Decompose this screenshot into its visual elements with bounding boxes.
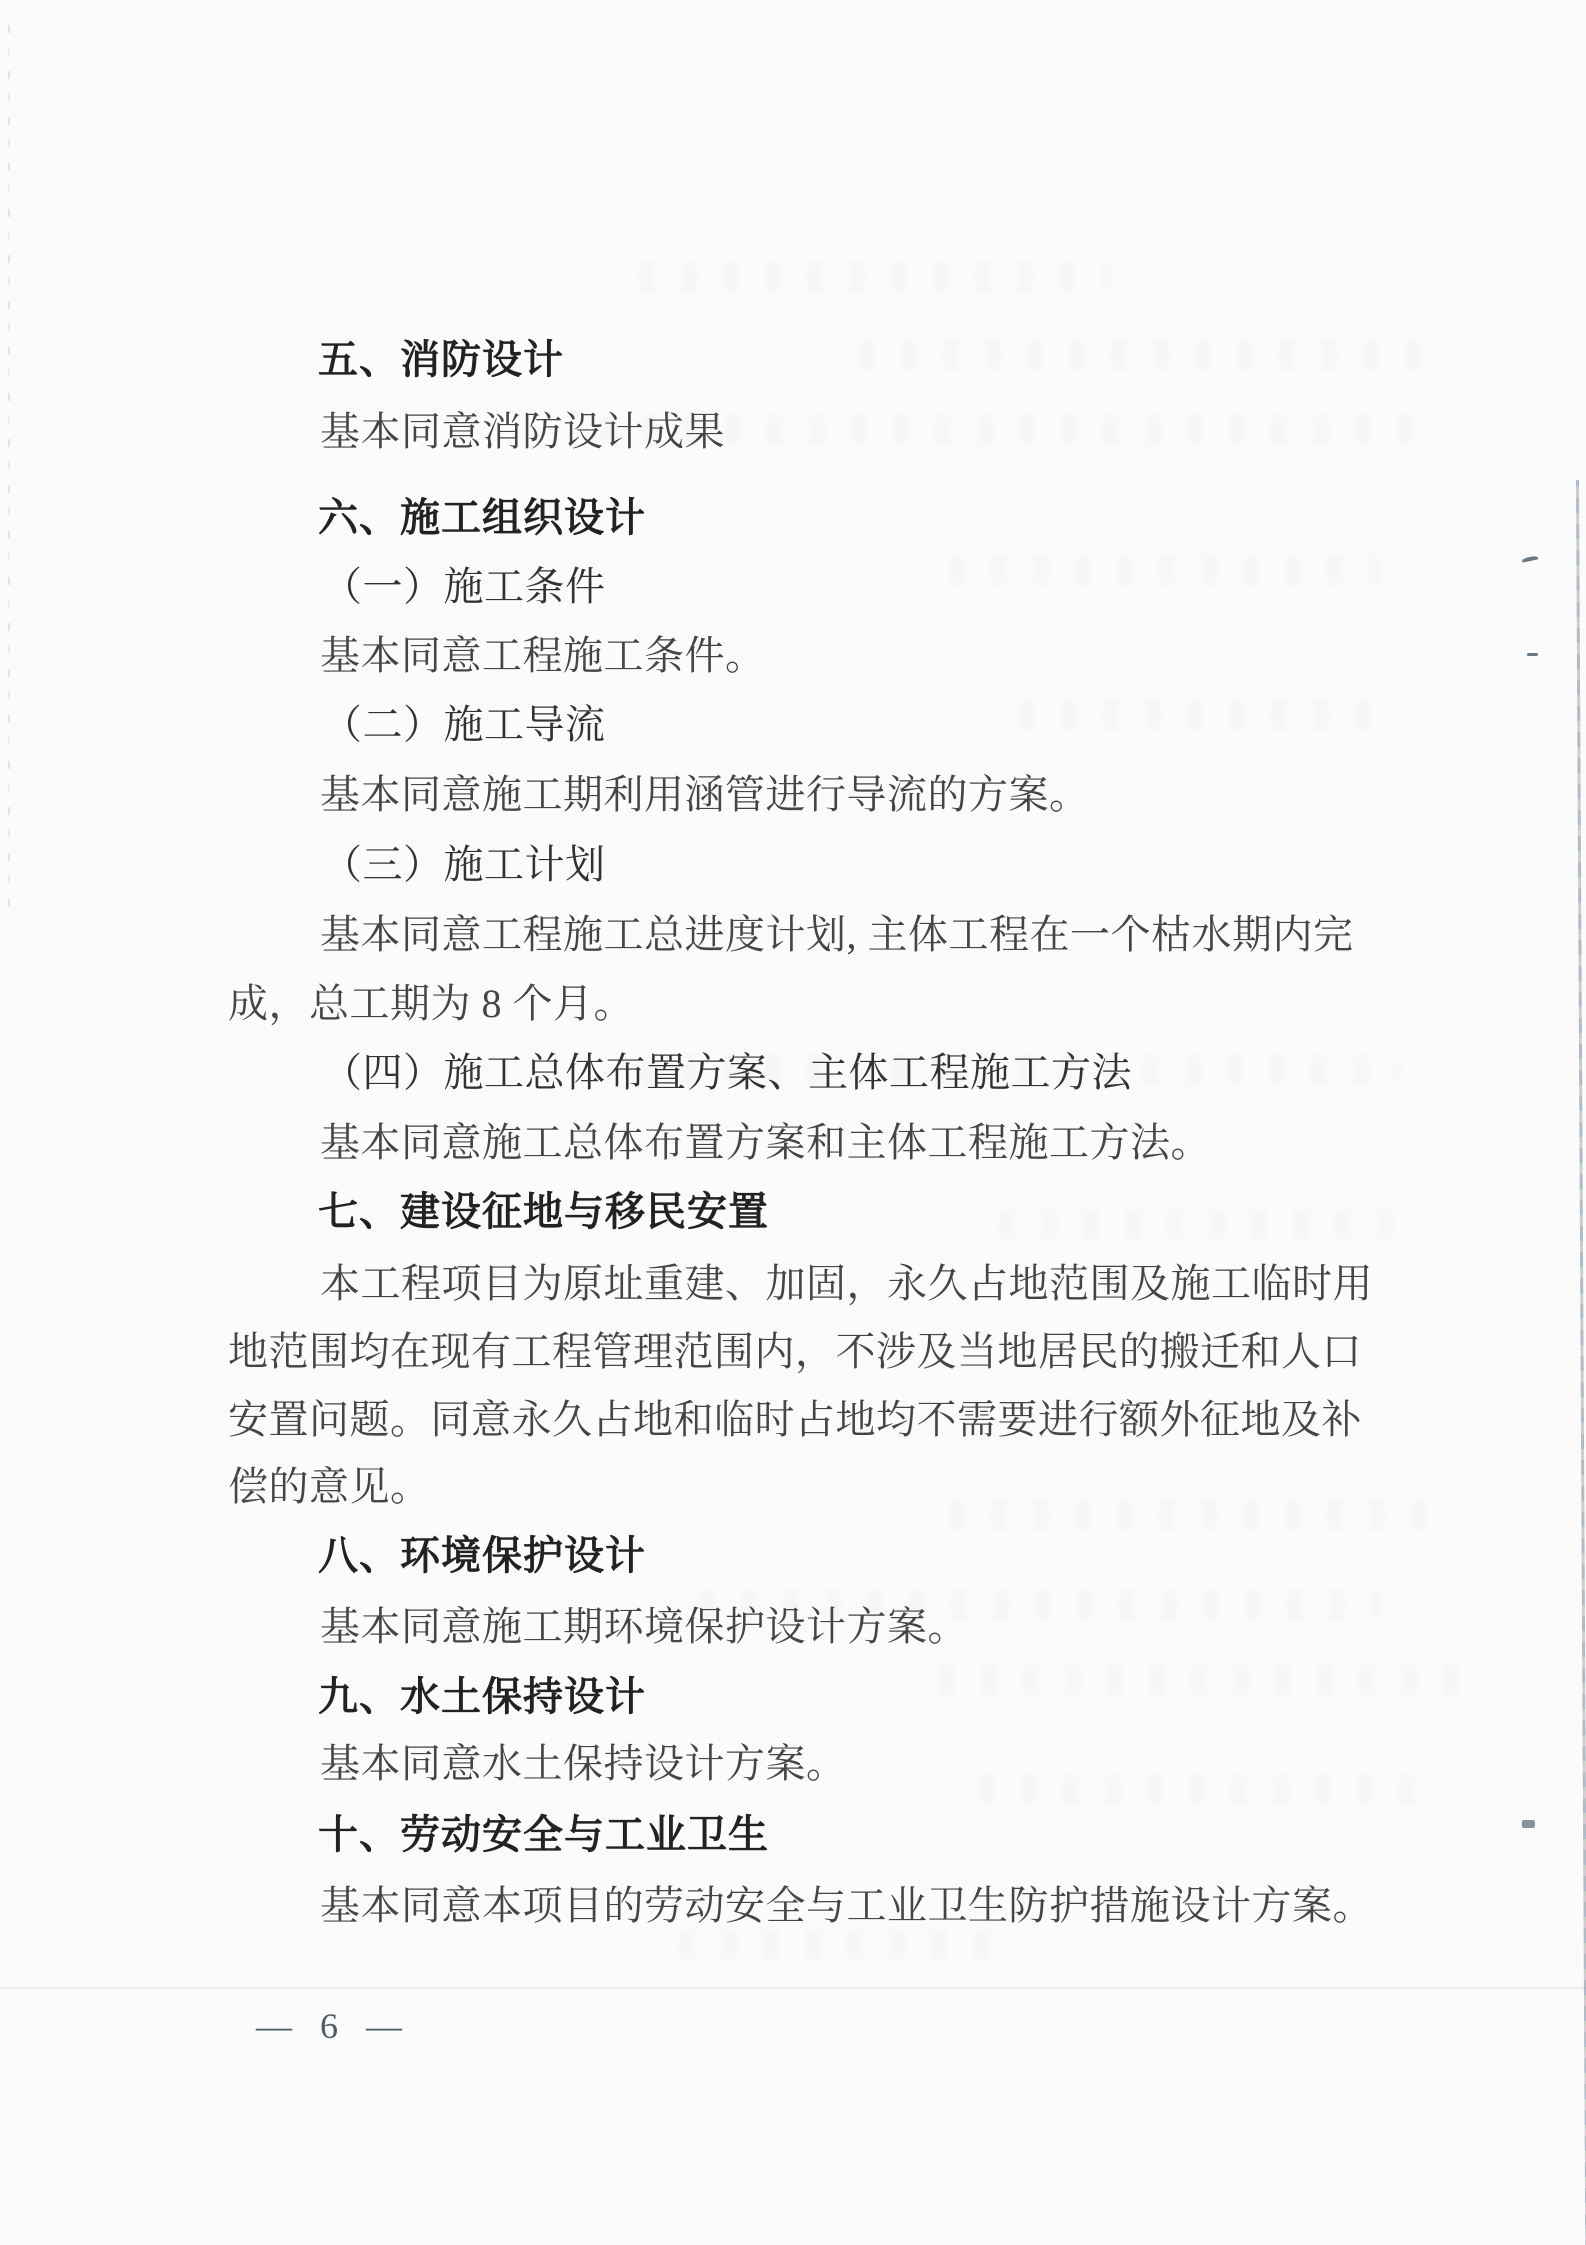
section-heading: 十、劳动安全与工业卫生 bbox=[318, 1811, 769, 1859]
body-text-line: 本工程项目为原址重建、加固，永久占地范围及施工临时用 bbox=[320, 1260, 1373, 1308]
scanned-document-page: 五、消防设计 基本同意消防设计成果 六、施工组织设计 （一）施工条件 基本同意工… bbox=[0, 0, 1586, 2245]
body-text-line: 基本同意消防设计成果 bbox=[320, 408, 725, 456]
body-text-line: 基本同意施工期环境保护设计方案。 bbox=[320, 1603, 968, 1651]
scan-speck bbox=[1522, 1820, 1535, 1828]
subsection-heading: （三）施工计划 bbox=[322, 841, 606, 889]
scan-edge-artifact-left bbox=[8, 25, 10, 915]
page-number: — 6 — bbox=[256, 2006, 409, 2046]
bleed-through-artifact bbox=[940, 1665, 1460, 1695]
bleed-through-artifact bbox=[640, 262, 1110, 292]
body-text-line: 基本同意水土保持设计方案。 bbox=[320, 1740, 847, 1788]
body-text-line: 基本同意工程施工总进度计划, 主体工程在一个枯水期内完 bbox=[320, 911, 1354, 959]
bleed-through-artifact bbox=[860, 340, 1420, 370]
body-text-line: 成，总工期为 8 个月。 bbox=[228, 980, 634, 1028]
body-text-line: 基本同意本项目的劳动安全与工业卫生防护措施设计方案。 bbox=[320, 1882, 1373, 1930]
subsection-heading: （四）施工总体布置方案、主体工程施工方法 bbox=[322, 1049, 1132, 1097]
bleed-through-artifact bbox=[980, 1775, 1420, 1805]
scan-speck bbox=[1522, 555, 1538, 562]
body-text-line: 基本同意施工总体布置方案和主体工程施工方法。 bbox=[320, 1119, 1211, 1167]
bleed-through-artifact bbox=[950, 1500, 1430, 1530]
body-text-line: 安置问题。同意永久占地和临时占地均不需要进行额外征地及补 bbox=[228, 1396, 1362, 1444]
scan-speck bbox=[1527, 653, 1538, 656]
bleed-through-artifact bbox=[1020, 700, 1380, 730]
subsection-heading: （二）施工导流 bbox=[322, 701, 606, 749]
body-text-line: 基本同意工程施工条件。 bbox=[320, 632, 766, 680]
body-text-line: 基本同意施工期利用涵管进行导流的方案。 bbox=[320, 771, 1090, 819]
section-heading: 九、水土保持设计 bbox=[318, 1673, 646, 1721]
body-text-line: 地范围均在现有工程管理范围内，不涉及当地居民的搬迁和人口 bbox=[228, 1328, 1362, 1376]
section-heading: 五、消防设计 bbox=[318, 336, 564, 384]
section-heading: 七、建设征地与移民安置 bbox=[318, 1188, 769, 1236]
section-heading: 六、施工组织设计 bbox=[318, 494, 646, 542]
bleed-through-artifact bbox=[1000, 1210, 1420, 1240]
bleed-through-artifact bbox=[680, 1930, 1000, 1960]
bleed-through-artifact bbox=[950, 555, 1380, 585]
section-heading: 八、环境保护设计 bbox=[318, 1532, 646, 1580]
body-text-line: 偿的意见。 bbox=[228, 1463, 431, 1511]
scan-edge-artifact-right bbox=[1576, 480, 1586, 2245]
footer-divider bbox=[0, 1987, 1586, 1989]
subsection-heading: （一）施工条件 bbox=[322, 563, 606, 611]
